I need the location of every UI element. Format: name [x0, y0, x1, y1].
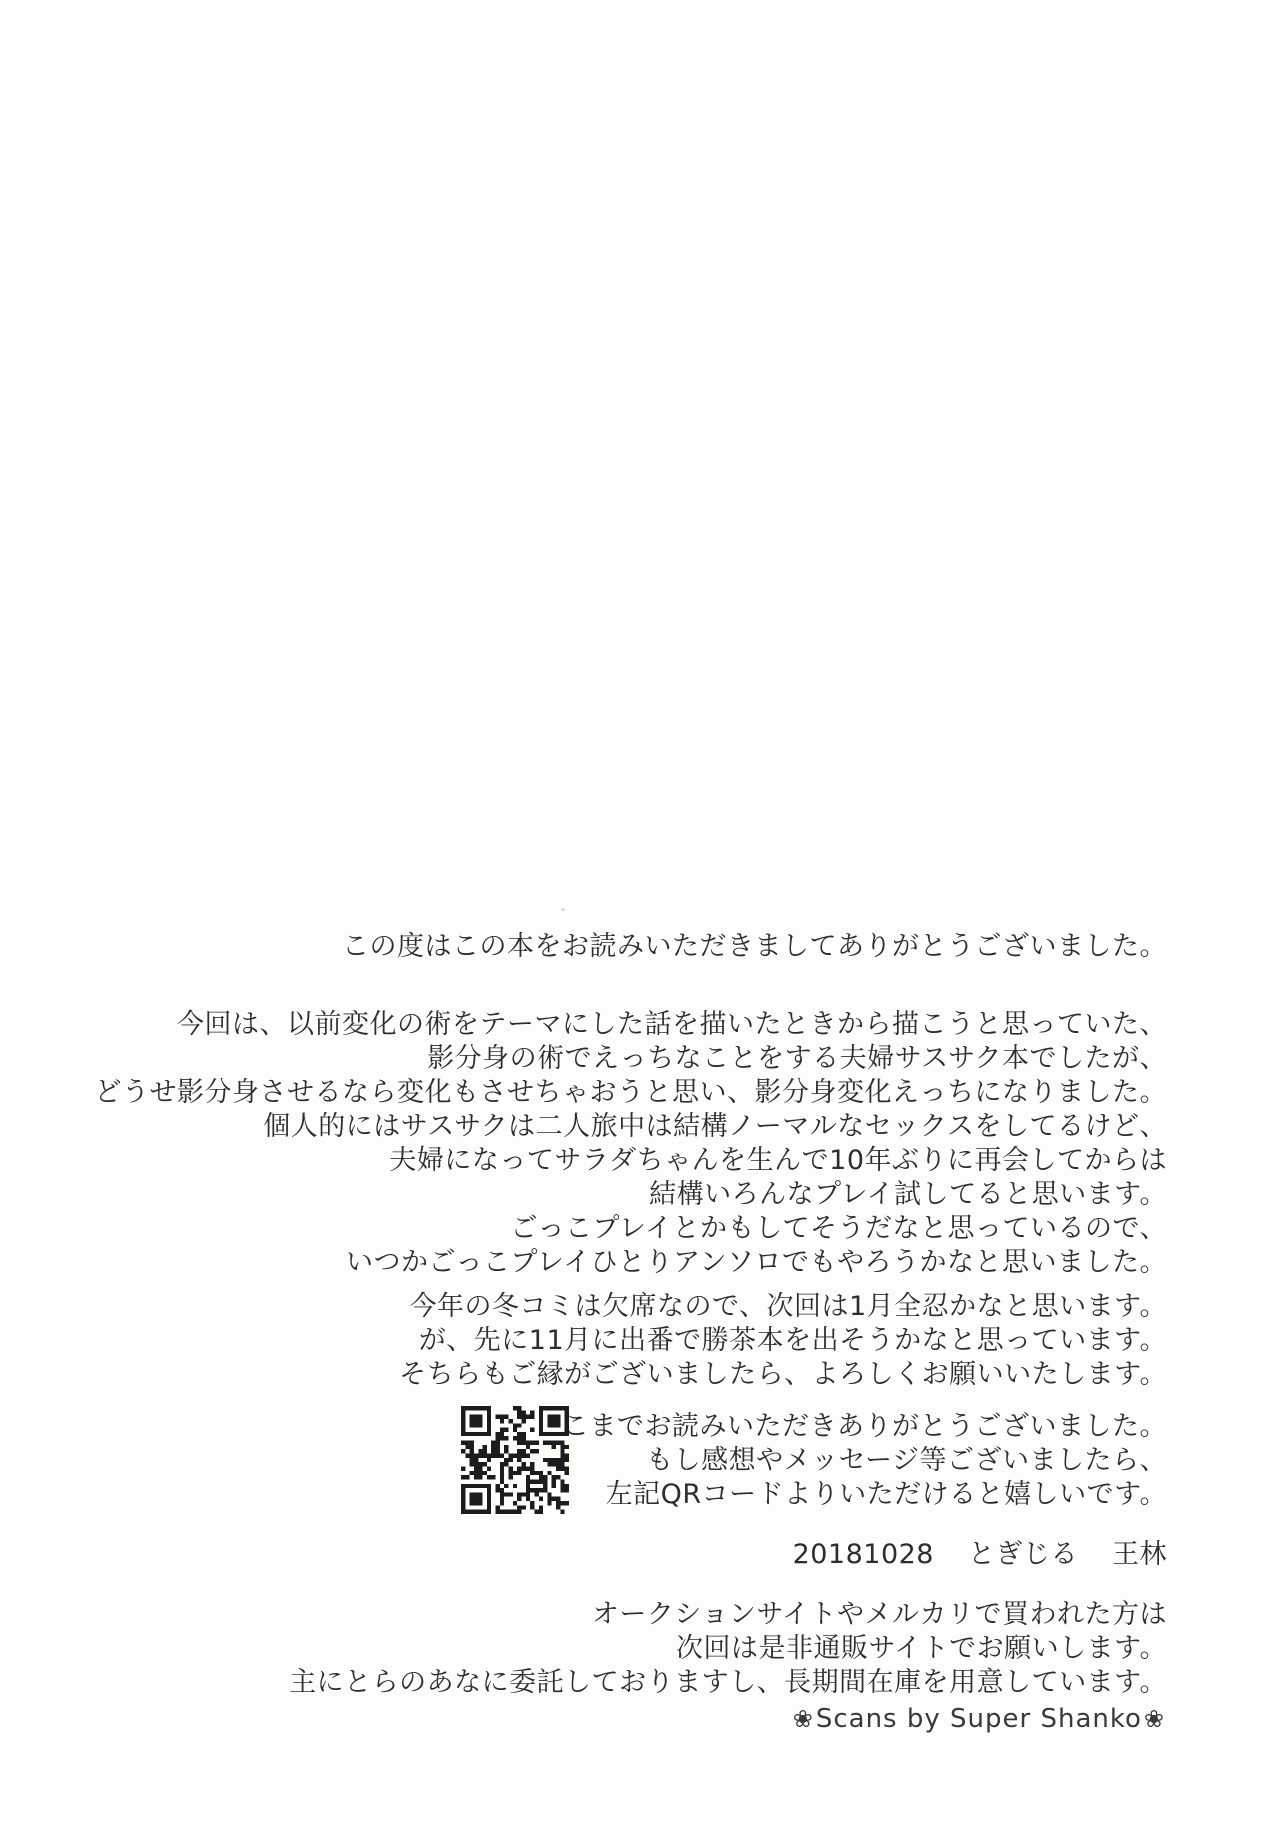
afterword-line: 夫婦になってサラダちゃんを生んで10年ぶりに再会してからは: [67, 1144, 1167, 1178]
afterword-line: 影分身の術でえっちなことをする夫婦サスサク本でしたが、: [67, 1042, 1167, 1076]
afterword-line: 左記QRコードよりいただけると嬉しいです。: [67, 1478, 1167, 1512]
afterword-line: 主にとらのあなに委託しておりますし、長期間在庫を用意しています。: [67, 1666, 1167, 1700]
qr-message-paragraph: ここまでお読みいただきありがとうございました。 もし感想やメッセージ等ございまし…: [67, 1410, 1167, 1512]
scan-speck: [1015, 1189, 1018, 1192]
scan-credit-text: Scans by Super Shanko: [816, 1704, 1142, 1734]
afterword-line: 個人的にはサスサクは二人旅中は結構ノーマルなセックスをしてるけど、: [67, 1110, 1167, 1144]
afterword-text-block: この度はこの本をお読みいただきましてありがとうございました。 今回は、以前変化の…: [67, 930, 1167, 1736]
afterword-line: 結構いろんなプレイ試してると思います。: [67, 1178, 1167, 1212]
event-schedule-paragraph: 今年の冬コミは欠席なので、次回は1月全忍かなと思います。 が、先に11月に出番で…: [67, 1290, 1167, 1392]
signature-author: 王林: [1112, 1538, 1167, 1572]
signature-date: 20181028: [793, 1538, 934, 1572]
afterword-line: 次回は是非通販サイトでお願いします。: [67, 1632, 1167, 1666]
afterword-line: オークションサイトやメルカリで買われた方は: [67, 1598, 1167, 1632]
tulip-icon: ❀: [1142, 1702, 1167, 1736]
afterword-line: どうせ影分身させるなら変化もさせちゃおうと思い、影分身変化えっちになりました。: [67, 1076, 1167, 1110]
afterword-line: 今回は、以前変化の術をテーマにした話を描いたときから描こうと思っていた、: [67, 1008, 1167, 1042]
purchase-info-paragraph: オークションサイトやメルカリで買われた方は 次回は是非通販サイトでお願いします。…: [67, 1598, 1167, 1700]
afterword-line: 今年の冬コミは欠席なので、次回は1月全忍かなと思います。: [67, 1290, 1167, 1324]
afterword-line: ここまでお読みいただきありがとうございました。: [67, 1410, 1167, 1444]
qr-code-icon: [461, 1406, 569, 1514]
scan-credit: ❀Scans by Super Shanko❀: [67, 1702, 1167, 1736]
afterword-line: いつかごっこプレイひとりアンソロでもやろうかなと思いました。: [67, 1246, 1167, 1280]
afterword-line: この度はこの本をお読みいただきましてありがとうございました。: [67, 930, 1167, 964]
afterword-line: が、先に11月に出番で勝茶本を出そうかなと思っています。: [67, 1324, 1167, 1358]
signature-line: 20181028とぎじる王林: [67, 1538, 1167, 1572]
tulip-icon: ❀: [791, 1702, 816, 1736]
thanks-paragraph: この度はこの本をお読みいただきましてありがとうございました。: [67, 930, 1167, 964]
afterword-line: ごっこプレイとかもしてそうだなと思っているので、: [67, 1212, 1167, 1246]
main-paragraph: 今回は、以前変化の術をテーマにした話を描いたときから描こうと思っていた、 影分身…: [67, 1008, 1167, 1280]
afterword-line: もし感想やメッセージ等ございましたら、: [67, 1444, 1167, 1478]
scanned-afterword-page: この度はこの本をお読みいただきましてありがとうございました。 今回は、以前変化の…: [0, 0, 1280, 1829]
signature-circle: とぎじる: [968, 1538, 1078, 1572]
scan-speck: [685, 1466, 688, 1469]
afterword-line: そちらもご縁がございましたら、よろしくお願いいたします。: [67, 1358, 1167, 1392]
scan-speck: [561, 908, 565, 911]
